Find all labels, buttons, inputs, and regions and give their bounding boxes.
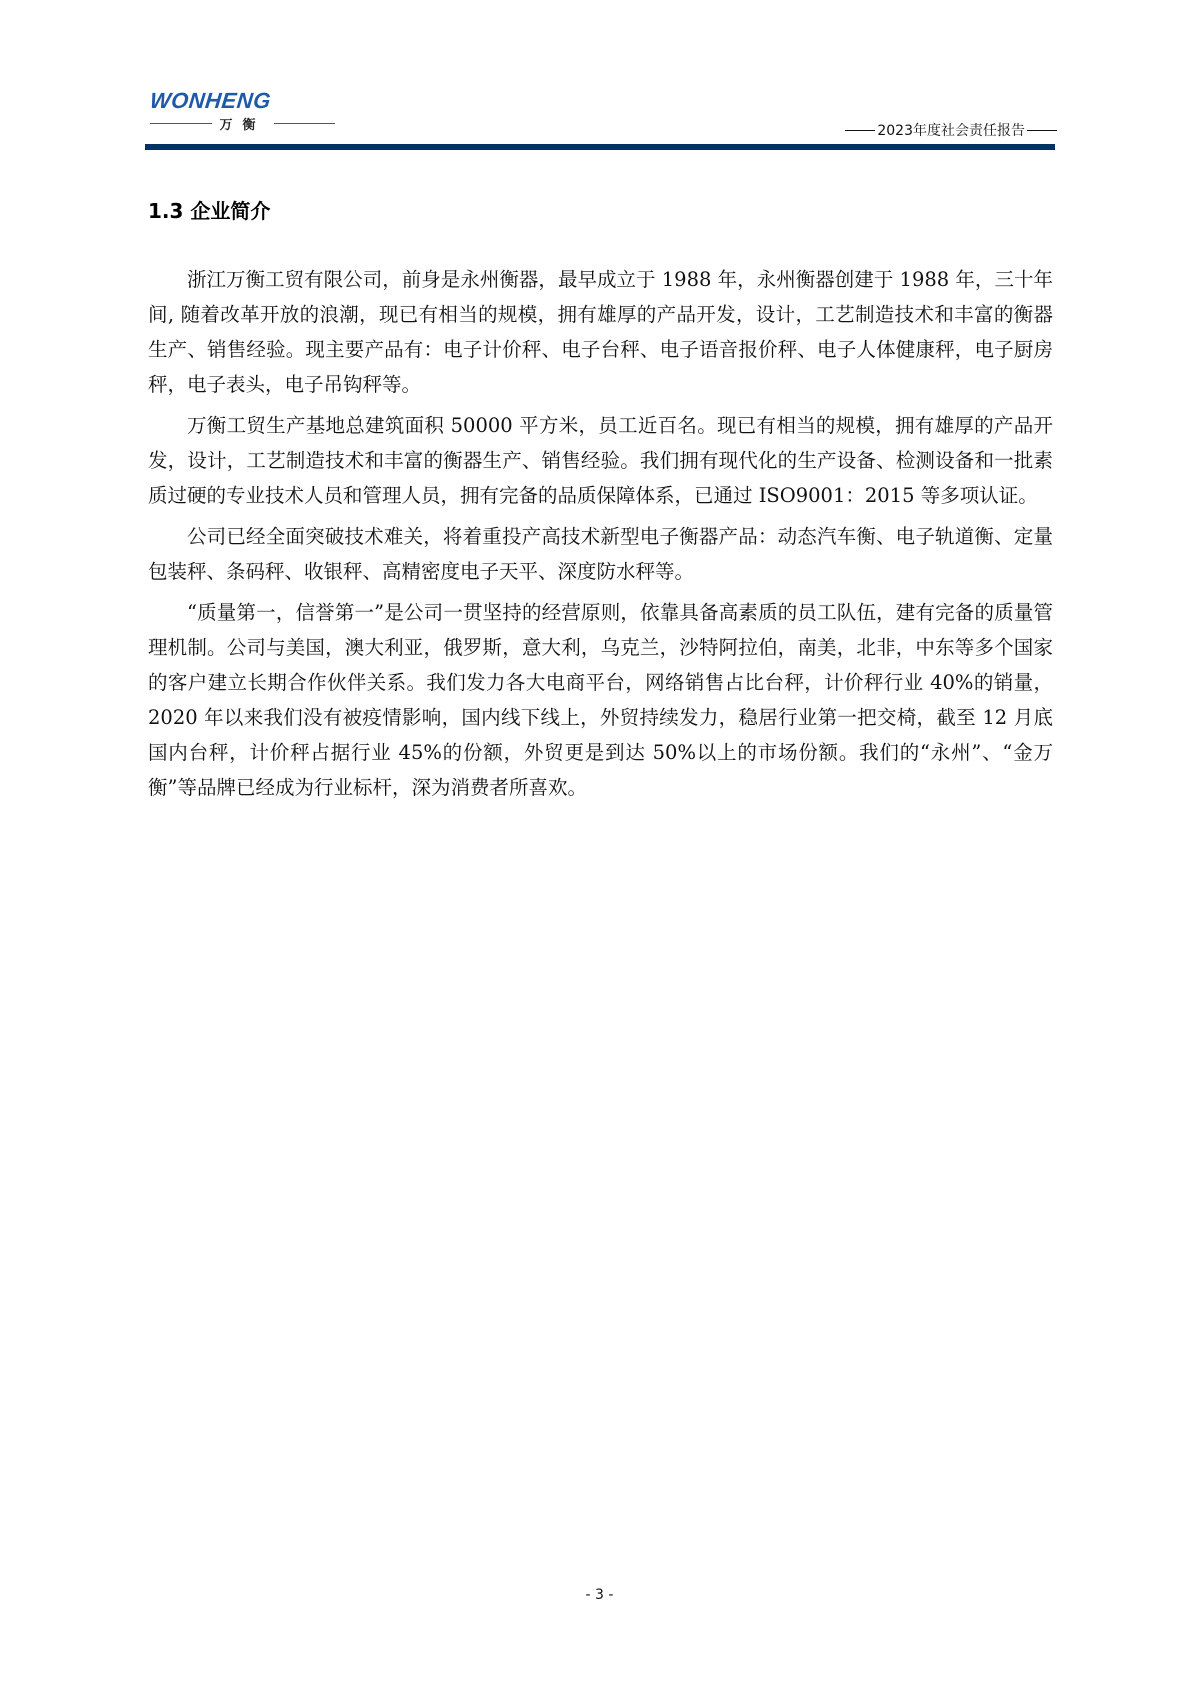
header-dash-left [845,130,875,131]
paragraph: “质量第一，信誉第一”是公司一贯坚持的经营原则，依靠具备高素质的员工队伍，建有完… [148,595,1053,805]
header-dash-right [1027,130,1057,131]
document-page: WONHENG 万衡 2023年度社会责任报告 1.3 企业简介 浙江万衡工贸有… [0,0,1199,1708]
logo-rule-left [150,123,212,124]
section-body: 浙江万衡工贸有限公司，前身是永州衡器，最早成立于 1988 年，永州衡器创建于 … [148,262,1053,811]
logo-rule-right [274,123,336,124]
report-title-text: 2023年度社会责任报告 [877,120,1025,140]
page-number: - 3 - [0,1587,1199,1603]
logo-chinese-name: 万衡 [212,114,274,133]
paragraph: 公司已经全面突破技术难关，将着重投产高技术新型电子衡器产品：动态汽车衡、电子轨道… [148,519,1053,589]
header-divider-bar [145,144,1055,150]
logo-wordmark: WONHENG [149,88,273,114]
company-logo: WONHENG 万衡 [150,88,340,140]
report-header-title: 2023年度社会责任报告 [843,120,1059,140]
section-heading: 1.3 企业简介 [148,195,270,224]
logo-subtitle: 万衡 [150,115,335,131]
paragraph: 浙江万衡工贸有限公司，前身是永州衡器，最早成立于 1988 年，永州衡器创建于 … [148,262,1053,402]
paragraph: 万衡工贸生产基地总建筑面积 50000 平方米，员工近百名。现已有相当的规模，拥… [148,408,1053,513]
